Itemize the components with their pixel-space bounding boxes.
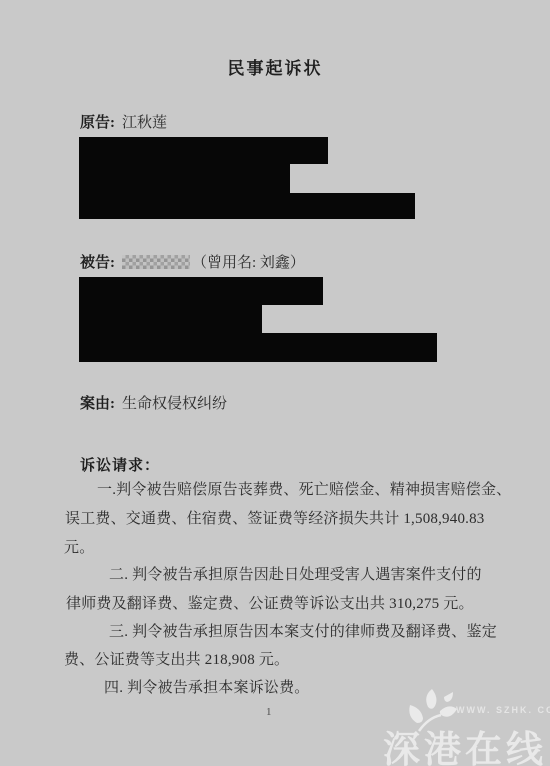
defendant-label: 被告: [80,255,115,271]
redaction-bar [79,333,437,362]
claim-line: 误工费、交通费、住宿费、签证费等经济损失共计 1,508,940.83 [65,511,485,528]
cause-row: 案由:生命权侵权纠纷 [80,396,227,413]
scanned-document-page: 民事起诉状 原告:江秋莲 被告:（曾用名: 刘鑫） 案由:生命权侵权纠纷 诉讼请… [0,0,550,766]
defendant-former-name: （曾用名: 刘鑫） [192,255,305,271]
plaintiff-label: 原告: [80,115,115,131]
redaction-bar [79,277,323,305]
claim-line: 元。 [64,540,94,557]
claim-line: 律师费及翻译费、鉴定费、公证费等诉讼支出共 310,275 元。 [66,596,474,613]
claim-line: 四. 判令被告承担本案诉讼费。 [104,680,310,697]
claim-line: 二. 判令被告承担原告因赴日处理受害人遇害案件支付的 [109,567,482,584]
plaintiff-row: 原告:江秋莲 [80,115,167,132]
cause-label: 案由: [80,396,115,412]
claim-line: 费、公证费等支出共 218,908 元。 [64,652,289,669]
claim-line: 一.判令被告赔偿原告丧葬费、死亡赔偿金、精神损害赔偿金、 [97,482,511,499]
defendant-row: 被告:（曾用名: 刘鑫） [80,255,305,272]
watermark-brand: 深港在线 [383,719,547,766]
claims-heading: 诉讼请求： [80,454,160,475]
watermark-url: WWW. SZHK. COM [456,705,550,715]
document-title: 民事起诉状 [0,54,550,79]
redaction-bar [79,164,290,193]
redaction-bar [79,193,415,219]
redacted-name-mosaic [122,255,190,269]
plaintiff-name: 江秋莲 [122,115,167,131]
page-number: 1 [266,706,272,718]
cause-value: 生命权侵权纠纷 [122,396,227,412]
redaction-bar [79,305,262,333]
claim-line: 三. 判令被告承担原告因本案支付的律师费及翻译费、鉴定 [109,624,497,641]
redaction-bar [79,137,328,164]
